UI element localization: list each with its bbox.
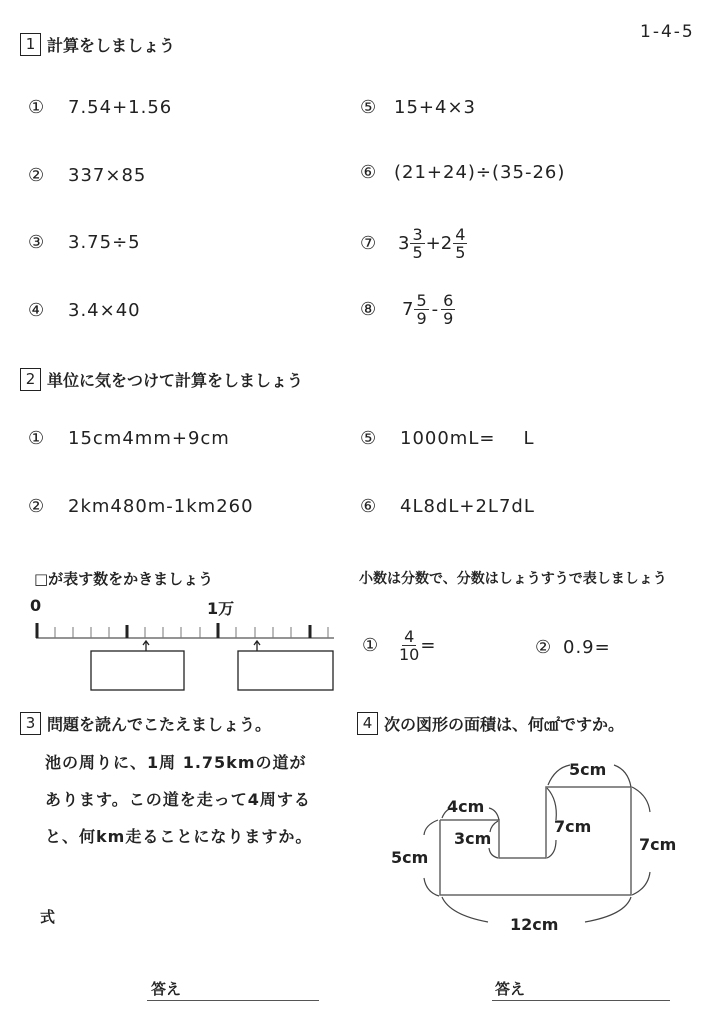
- problem-2-2: ② 2km480m-1km260: [28, 496, 254, 517]
- problem-2-6: ⑥ 4L8dL+2L7dL: [360, 496, 535, 517]
- answer-line-3[interactable]: [147, 1000, 319, 1001]
- problem-expr: 0.9=: [563, 637, 611, 658]
- denominator: 5: [455, 244, 465, 261]
- fraction: 4 5: [453, 226, 467, 261]
- answer-box-1: [91, 651, 184, 690]
- problem-label: ①: [28, 97, 68, 118]
- numerator: 5: [414, 292, 428, 310]
- problem-label: ⑥: [360, 496, 400, 517]
- problem-label: ⑤: [360, 97, 394, 118]
- numerator: 3: [410, 226, 424, 244]
- word-problem-line: と、何km走ることになりますか。: [45, 818, 312, 855]
- answer-box-2: [238, 651, 333, 690]
- dim-top-right: 5cm: [569, 760, 606, 779]
- conversion-2: ② 0.9=: [535, 637, 611, 658]
- word-problem-line: あります。この道を走って4周する: [45, 781, 312, 818]
- formula-label: 式: [40, 906, 55, 927]
- answer-line-4[interactable]: [492, 1000, 670, 1001]
- problem-label: ①: [28, 428, 68, 449]
- page-code: 1-4-5: [640, 22, 695, 42]
- section1-heading: 1 計算をしましょう: [20, 33, 175, 56]
- whole-part: 2: [441, 233, 452, 254]
- dim-left: 5cm: [391, 848, 428, 867]
- problem-label: ③: [28, 232, 68, 253]
- section-title: 計算をしましょう: [47, 33, 175, 56]
- conversion-1: ① 4 10 =: [362, 628, 435, 663]
- number-line: [0, 615, 360, 695]
- problem-label: ④: [28, 300, 68, 321]
- problem-label: ②: [28, 496, 68, 517]
- problem-1-3: ③ 3.75÷5: [28, 232, 141, 253]
- dim-inner-right: 7cm: [554, 817, 591, 836]
- numerator: 4: [402, 628, 416, 646]
- section-number: 1: [20, 33, 41, 56]
- problem-label: ⑥: [360, 162, 394, 183]
- dim-outer-right: 7cm: [639, 835, 676, 854]
- problem-expr: 4L8dL+2L7dL: [400, 496, 535, 517]
- fraction: 6 9: [441, 292, 455, 327]
- problem-2-1: ① 15cm4mm+9cm: [28, 428, 230, 449]
- problem-expr: 3.75÷5: [68, 232, 141, 253]
- problem-expr: 337×85: [68, 165, 146, 186]
- problem-1-5: ⑤ 15+4×3: [360, 97, 476, 118]
- word-problem-text: 池の周りに、1周 1.75kmの道が あります。この道を走って4周する と、何k…: [45, 744, 312, 855]
- operator: +: [426, 233, 441, 254]
- problem-1-7: ⑦ 3 3 5 + 2 4 5: [360, 226, 468, 261]
- problem-expr: 15+4×3: [394, 97, 476, 118]
- problem-expr: 3.4×40: [68, 300, 141, 321]
- equals: =: [420, 635, 435, 656]
- problem-expr: (21+24)÷(35-26): [394, 162, 565, 183]
- dim-notch-depth: 3cm: [454, 829, 491, 848]
- problem-label: ⑧: [360, 299, 402, 320]
- number-line-instruction: □が表す数をかきましょう: [34, 568, 213, 589]
- fraction: 5 9: [414, 292, 428, 327]
- problem-1-1: ① 7.54+1.56: [28, 97, 172, 118]
- denominator: 9: [416, 310, 426, 327]
- problem-expr: 15cm4mm+9cm: [68, 428, 230, 449]
- fraction: 3 5: [410, 226, 424, 261]
- denominator: 9: [443, 310, 453, 327]
- section-title: 単位に気をつけて計算をしましょう: [47, 368, 303, 391]
- answer-label-3: 答え: [151, 978, 181, 999]
- problem-1-4: ④ 3.4×40: [28, 300, 141, 321]
- numerator: 6: [441, 292, 455, 310]
- denominator: 10: [399, 646, 419, 663]
- problem-label: ①: [362, 635, 398, 656]
- problem-1-8: ⑧ 7 5 9 - 6 9: [360, 292, 456, 327]
- dim-top-left: 4cm: [447, 797, 484, 816]
- section-title: 次の図形の面積は、何㎠ですか。: [384, 712, 624, 735]
- problem-label: ②: [28, 165, 68, 186]
- fraction: 4 10: [399, 628, 419, 663]
- problem-expr: 1000mL=: [400, 428, 495, 449]
- problem-2-5: ⑤ 1000mL= L: [360, 428, 533, 449]
- problem-expr: 2km480m-1km260: [68, 496, 254, 517]
- whole-part: 7: [402, 299, 413, 320]
- problem-1-2: ② 337×85: [28, 165, 146, 186]
- section-number: 2: [20, 368, 41, 391]
- problem-label: ⑦: [360, 233, 398, 254]
- dim-bottom: 12cm: [510, 915, 558, 934]
- numerator: 4: [453, 226, 467, 244]
- section-number: 4: [357, 712, 378, 735]
- word-problem-line: 池の周りに、1周 1.75kmの道が: [45, 744, 312, 781]
- number-line-label-0: 0: [30, 596, 41, 615]
- problem-label: ②: [535, 637, 563, 658]
- denominator: 5: [412, 244, 422, 261]
- answer-label-4: 答え: [495, 978, 525, 999]
- unit-suffix: L: [523, 428, 533, 449]
- section-title: 問題を読んでこたえましょう。: [47, 712, 271, 735]
- whole-part: 3: [398, 233, 409, 254]
- section4-heading: 4 次の図形の面積は、何㎠ですか。: [357, 712, 624, 735]
- problem-1-6: ⑥ (21+24)÷(35-26): [360, 162, 565, 183]
- section-number: 3: [20, 712, 41, 735]
- section3-heading: 3 問題を読んでこたえましょう。: [20, 712, 271, 735]
- operator: -: [432, 299, 439, 320]
- problem-expr: 7.54+1.56: [68, 97, 172, 118]
- conversion-instruction: 小数は分数で、分数はしょうすうで表しましょう: [359, 568, 667, 588]
- section2-heading: 2 単位に気をつけて計算をしましょう: [20, 368, 303, 391]
- problem-label: ⑤: [360, 428, 400, 449]
